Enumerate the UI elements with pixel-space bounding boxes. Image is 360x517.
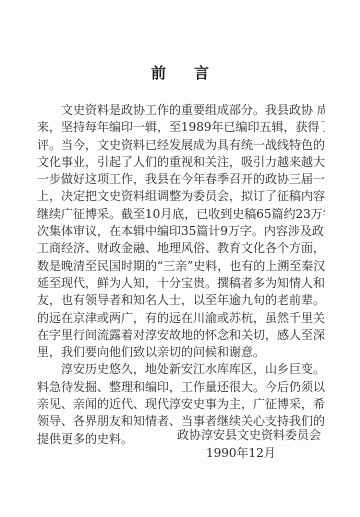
paragraph-1: 文史资料是政协工作的重要组成部分。我县政协 成 立 以 来，坚持每年编印一辑，至… [37,102,325,361]
text-line: 亲见、亲闻的近代、现代淳安史事为主，广征博采，希望各级 [37,396,325,413]
text-line: 里，我们要向他们致以亲切的问候和谢意。 [37,344,325,361]
text-line: 在字里行间流露着对淳安故地的怀念和关切，感人至深。在这 [37,327,325,344]
text-line: 的远在京津或两广，有的远在川渝或苏杭，虽然千里关山，却 [37,310,325,327]
page-title: 前言 [0,62,360,83]
text-line: 评。当今，文史资料已经发展成为具有统一战线特色的社会主义 [37,137,325,154]
text-line: 友，也有领导者和知名人士，以至年逾九旬的老前辈。他们有 [37,292,325,309]
text-line: 次集体审议，在本辑中编印35篇计9万字。内容涉及政治军事、 [37,223,325,240]
text-line: 淳安历史悠久，地处新安江水库库区，山乡巨变。许多史 [37,361,325,378]
title-char-1: 前 [151,62,166,83]
signature-organization: 政协淳安县文史资料委员会 [177,426,321,443]
text-line: 文化事业，引起了人们的重视和关注，吸引力越来越大。为了进 [37,154,325,171]
title-char-2: 言 [194,62,209,83]
text-line: 延至现代，鲜为人知，十分宝贵。撰稿者多为知情人和热心朋 [37,275,325,292]
document-page: 前言 文史资料是政协工作的重要组成部分。我县政协 成 立 以 来，坚持每年编印一… [0,0,360,517]
text-line: 一步做好这项工作，我县在今年春季召开的政协三届一次会议 [37,171,325,188]
text-line: 继续广征博采。截至10月底，已收到史稿65篇约23万字。经两 [37,206,325,223]
text-line: 数是晚清至民国时期的“三亲”史料，也有的上溯至秦汉或下 [37,258,325,275]
signature-date: 1990年12月 [206,444,276,461]
text-line: 工商经济、财政金融、地理风俗、教育文化各个方面，其中多 [37,240,325,257]
text-line: 来，坚持每年编印一辑，至1989年已编印五辑，获得了读者的好 [37,119,325,136]
text-line: 料急待发掘、整理和编印，工作量还很大。今后仍须以亲历、 [37,379,325,396]
text-line: 文史资料是政协工作的重要组成部分。我县政协 成 立 以 [37,102,325,119]
preface-body: 文史资料是政协工作的重要组成部分。我县政协 成 立 以 来，坚持每年编印一辑，至… [37,102,325,448]
text-line: 上，决定把文史资料组调整为委员会，拟订了征稿内容提要， [37,188,325,205]
